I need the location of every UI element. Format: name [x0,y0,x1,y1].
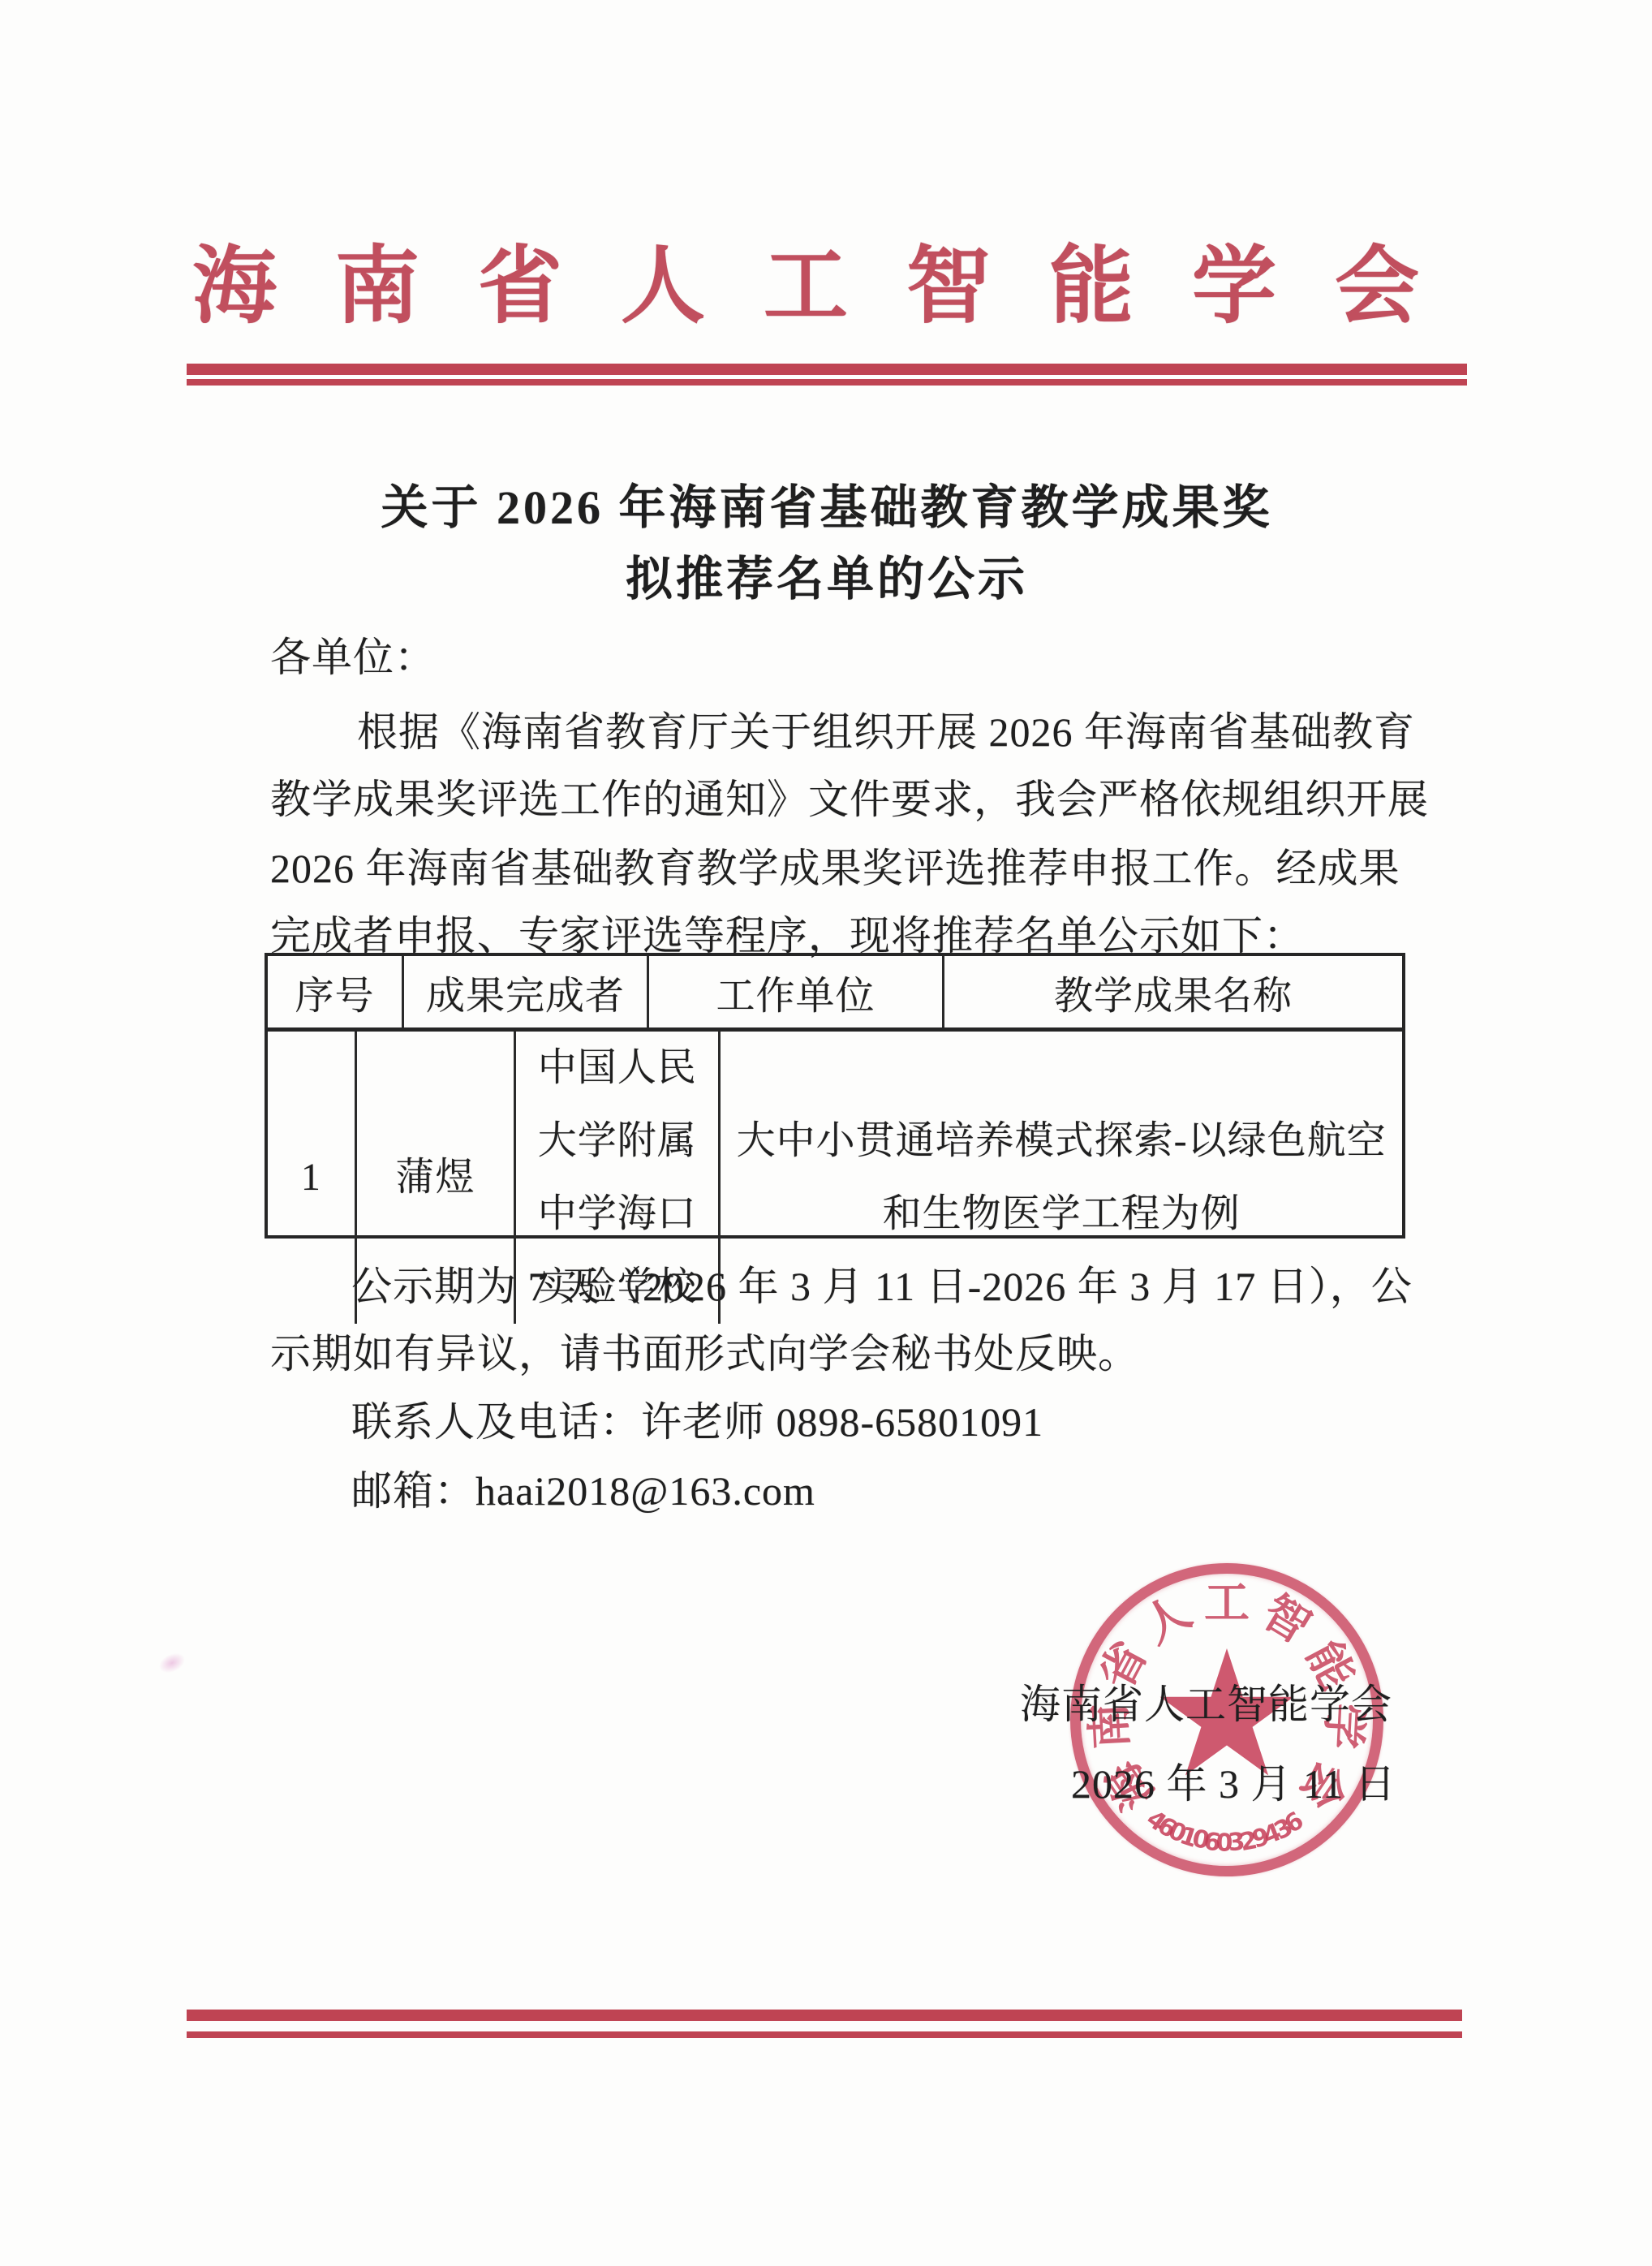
salutation: 各单位： [270,625,436,683]
document-title: 关于 2026 年海南省基础教育教学成果奖 拟推荐名单的公示 [187,472,1467,615]
closing-line: 示期如有异议，请书面形式向学会秘书处反映。 [270,1321,1139,1380]
contact-line: 联系人及电话：许老师 0898-65801091 [351,1389,1043,1448]
stamp-seal-char: 工 [1204,1567,1250,1632]
paragraph-line: 教学成果奖评选工作的通知》文件要求，我会严格依规组织开展 [270,767,1429,825]
document-title-line1: 关于 2026 年海南省基础教育教学成果奖 [187,472,1467,544]
table-header-row: 序号 成果完成者 工作单位 教学成果名称 [268,956,1402,1032]
table-header-unit: 工作单位 [649,956,944,1027]
footer-divider [187,2010,1462,2038]
email-line: 邮箱：haai2018@163.com [351,1458,815,1517]
table-header-no: 序号 [268,956,404,1027]
letterhead-title: 海南省人工智能学会 [192,218,1491,339]
header-divider-thick-line [187,364,1467,375]
footer-divider-thin-line [187,2031,1462,2038]
header-divider [187,364,1467,386]
footer-divider-thick-line [187,2010,1462,2021]
paragraph-line: 2026 年海南省基础教育教学成果奖评选推荐申报工作。经成果 [270,836,1400,894]
closing-line: 公示期为 7 天（2026 年 3 月 11 日-2026 年 3 月 17 日… [351,1254,1413,1312]
signature-org: 海南省人工智能学会 [1020,1672,1392,1730]
cell-no: 1 [268,1032,357,1324]
document-title-line2: 拟推荐名单的公示 [187,544,1467,615]
table-header-author: 成果完成者 [404,956,649,1027]
table-header-achievement: 教学成果名称 [944,956,1402,1027]
scan-artifact [156,1649,188,1677]
recommendation-table: 序号 成果完成者 工作单位 教学成果名称 1 蒲煜 中国人民大学附属中学海口实验… [265,953,1405,1239]
signature-date: 2026 年 3 月 11 日 [1071,1751,1396,1810]
header-divider-thin-line [187,379,1467,386]
paragraph-line: 根据《海南省教育厅关于组织开展 2026 年海南省基础教育 [357,700,1415,758]
